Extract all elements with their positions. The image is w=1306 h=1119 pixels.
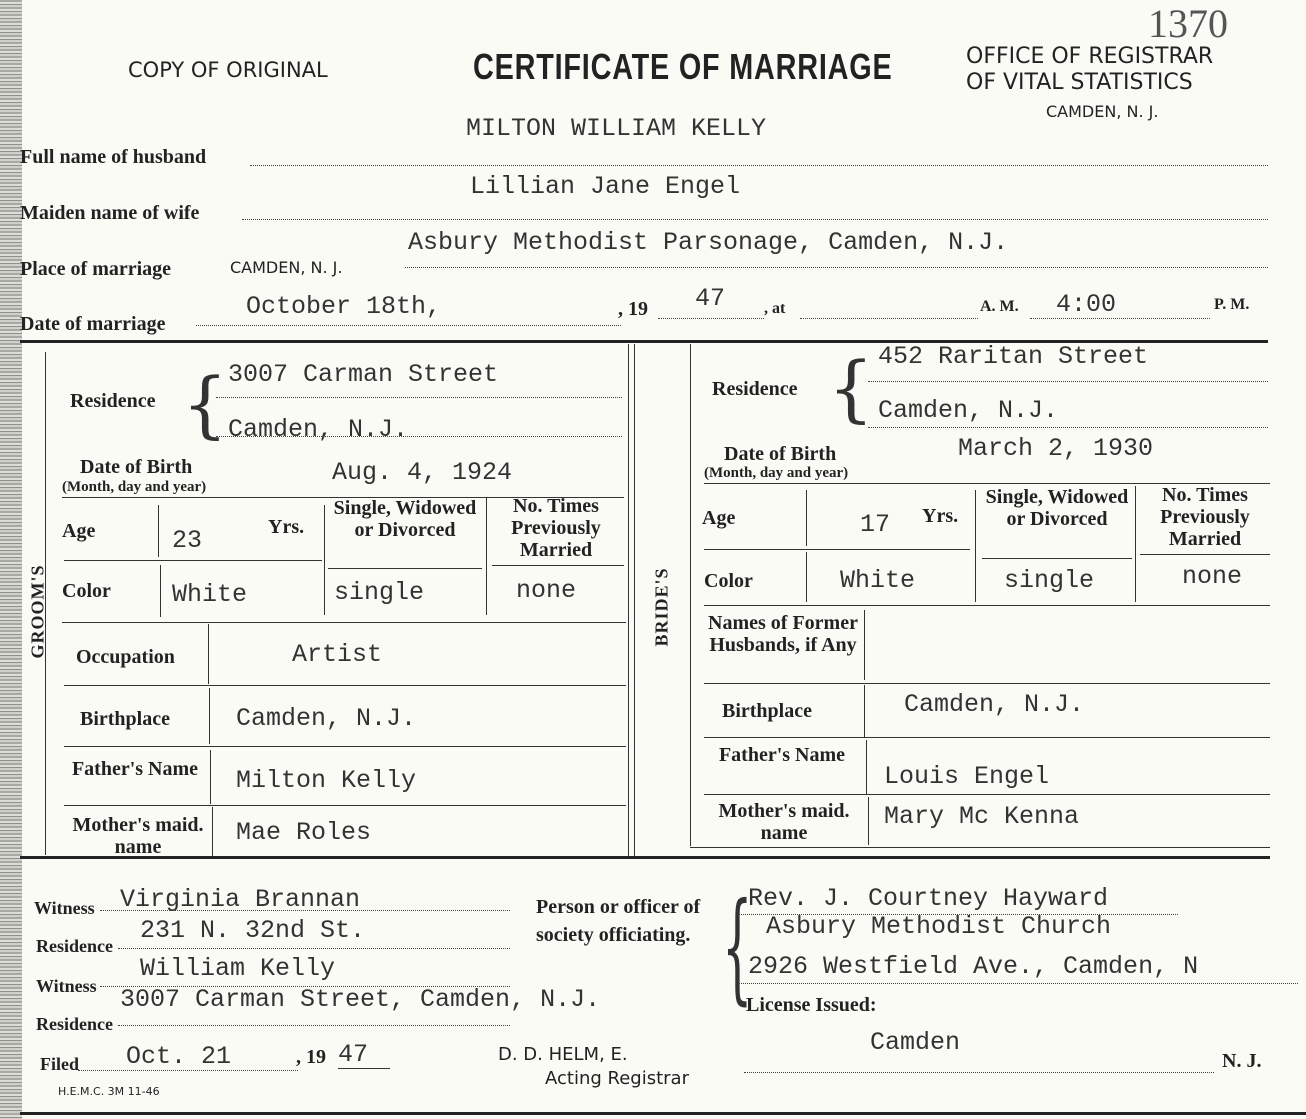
residence2-value: 3007 Carman Street, Camden, N.J. — [120, 985, 600, 1014]
bride-dob-value: March 2, 1930 — [958, 434, 1153, 463]
groom-times-value: none — [516, 576, 576, 605]
time-value: 4:00 — [1056, 290, 1116, 319]
groom-mother-value: Mae Roles — [236, 818, 371, 847]
place-value: Asbury Methodist Parsonage, Camden, N.J. — [408, 228, 1008, 257]
bride-times-header: No. Times Previously Married — [1140, 484, 1270, 550]
bride-age-label: Age — [702, 507, 735, 530]
bride-color-value: White — [840, 566, 915, 595]
groom-color-label: Color — [62, 580, 111, 603]
bride-residence-label: Residence — [712, 378, 798, 401]
witness2-label: Witness — [36, 976, 97, 997]
record-number: 1370 — [1148, 0, 1228, 47]
officiant-label: Person or officer of society officiating… — [536, 893, 716, 949]
registrar-name: D. D. HELM, E. — [498, 1044, 628, 1065]
groom-section-label: GROOM'S — [28, 559, 49, 659]
license-state: N. J. — [1222, 1050, 1261, 1073]
groom-age-value: 23 — [172, 526, 202, 555]
groom-residence-line2: Camden, N.J. — [228, 415, 408, 444]
scan-edge — [0, 0, 22, 1119]
bride-status-value: single — [1004, 566, 1094, 595]
office-city: CAMDEN, N. J. — [1046, 102, 1158, 121]
place-prefix: CAMDEN, N. J. — [230, 258, 342, 277]
groom-father-value: Milton Kelly — [236, 766, 416, 795]
bride-dob-label: Date of Birth — [724, 443, 836, 466]
bride-birthplace-label: Birthplace — [722, 700, 812, 723]
license-city: Camden — [870, 1028, 960, 1057]
officiant-address: 2926 Westfield Ave., Camden, N — [748, 952, 1198, 981]
office-line2: OF VITAL STATISTICS — [966, 70, 1193, 95]
residence1-value: 231 N. 32nd St. — [140, 916, 365, 945]
bride-residence-line2: Camden, N.J. — [878, 396, 1058, 425]
groom-birthplace-label: Birthplace — [80, 708, 170, 731]
bride-status-header: Single, Widowed or Divorced — [982, 486, 1132, 530]
groom-color-value: White — [172, 580, 247, 609]
groom-status-value: single — [334, 578, 424, 607]
wife-label: Maiden name of wife — [20, 202, 199, 225]
filed-label: Filed — [40, 1054, 79, 1075]
groom-status-header: Single, Widowed or Divorced — [330, 497, 480, 541]
bride-father-label: Father's Name — [716, 744, 848, 766]
date-value: October 18th, — [246, 292, 441, 321]
groom-father-label: Father's Name — [70, 758, 200, 780]
wife-value: Lillian Jane Engel — [470, 172, 740, 201]
groom-birthplace-value: Camden, N.J. — [236, 704, 416, 733]
bride-mother-value: Mary Mc Kenna — [884, 802, 1079, 831]
husband-label: Full name of husband — [20, 146, 206, 169]
groom-dob-label: Date of Birth — [80, 456, 192, 479]
office-line1: OFFICE OF REGISTRAR — [966, 44, 1213, 69]
bride-yrs-label: Yrs. — [922, 505, 958, 528]
officiant-church: Asbury Methodist Church — [766, 912, 1111, 941]
witness1-label: Witness — [34, 898, 95, 919]
groom-residence-label: Residence — [70, 390, 156, 413]
bride-section-label: BRIDE'S — [652, 547, 673, 647]
bride-age-value: 17 — [860, 510, 890, 539]
officiant-name: Rev. J. Courtney Hayward — [748, 884, 1108, 913]
place-label: Place of marriage — [20, 258, 171, 281]
bride-color-label: Color — [704, 570, 753, 593]
witness2-value: William Kelly — [140, 954, 335, 983]
bride-mother-label: Mother's maid. name — [716, 800, 852, 844]
at-label: , at — [764, 300, 785, 318]
groom-mother-label: Mother's maid. name — [70, 814, 206, 858]
groom-age-label: Age — [62, 520, 95, 543]
am-label: A. M. — [980, 298, 1019, 316]
residence1-label: Residence — [36, 936, 113, 957]
groom-dob-value: Aug. 4, 1924 — [332, 458, 512, 487]
bride-residence-line1: 452 Raritan Street — [878, 342, 1148, 371]
registrar-title: Acting Registrar — [545, 1068, 689, 1089]
groom-occupation-value: Artist — [292, 640, 382, 669]
filed-year-prefix: , 19 — [296, 1046, 326, 1069]
document-title: CERTIFICATE OF MARRIAGE — [473, 46, 892, 88]
filed-value: Oct. 21 — [126, 1042, 231, 1071]
form-code: H.E.M.C. 3M 11-46 — [58, 1085, 160, 1098]
bride-former-label: Names of Former Husbands, if Any — [704, 612, 862, 656]
license-label: License Issued: — [746, 994, 877, 1017]
groom-residence-line1: 3007 Carman Street — [228, 360, 498, 389]
filed-year-value: 47 — [338, 1040, 368, 1069]
husband-value: MILTON WILLIAM KELLY — [466, 114, 766, 143]
pm-label: P. M. — [1214, 296, 1249, 314]
groom-dob-sublabel: (Month, day and year) — [62, 479, 206, 496]
groom-yrs-label: Yrs. — [268, 516, 304, 539]
year-value: 47 — [695, 284, 725, 313]
bride-times-value: none — [1182, 562, 1242, 591]
groom-occupation-label: Occupation — [76, 646, 175, 669]
bride-birthplace-value: Camden, N.J. — [904, 690, 1084, 719]
groom-times-header: No. Times Previously Married — [490, 495, 622, 561]
bride-father-value: Louis Engel — [884, 762, 1049, 791]
date-label: Date of marriage — [20, 313, 166, 336]
year-prefix: , 19 — [618, 298, 648, 321]
copy-of-original-label: COPY OF ORIGINAL — [128, 58, 328, 82]
bride-dob-sublabel: (Month, day and year) — [704, 465, 848, 482]
residence2-label: Residence — [36, 1014, 113, 1035]
